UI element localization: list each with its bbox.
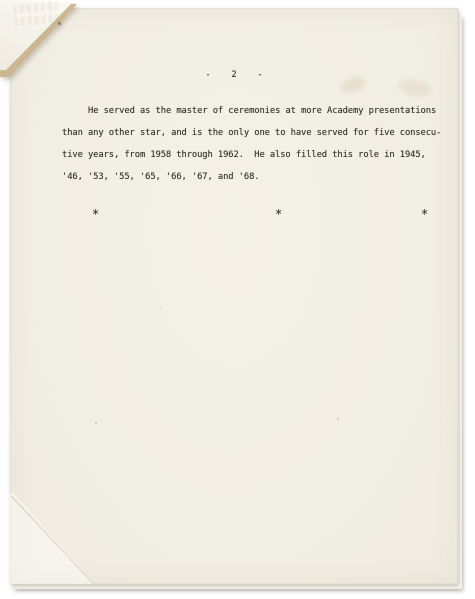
- separator-asterisk: *: [275, 206, 282, 222]
- paragraph-line: '46, '53, '55, '65, '66, '67, and '68.: [62, 166, 464, 188]
- bottom-left-crease: [10, 8, 458, 584]
- paper-speck: [337, 418, 339, 420]
- document-page: - 2 - He served as the master of ceremon…: [10, 8, 458, 584]
- photo-of-typed-page: - 2 - He served as the master of ceremon…: [0, 0, 475, 599]
- paragraph-line: than any other star, and is the only one…: [62, 122, 464, 144]
- paragraph-line: tive years, from 1958 through 1962. He a…: [62, 144, 464, 166]
- separator-asterisk: *: [92, 206, 99, 222]
- folded-corner: [0, 0, 84, 82]
- ghost-imprint: [13, 1, 59, 27]
- separator-asterisk: *: [421, 206, 428, 222]
- crease-line: [11, 496, 98, 589]
- paragraph-line: He served as the master of ceremonies at…: [62, 100, 464, 122]
- pin-hole: [58, 22, 61, 25]
- paper-speck: [95, 422, 97, 424]
- body-paragraph: He served as the master of ceremonies at…: [62, 100, 464, 188]
- paper-speck: [160, 308, 161, 309]
